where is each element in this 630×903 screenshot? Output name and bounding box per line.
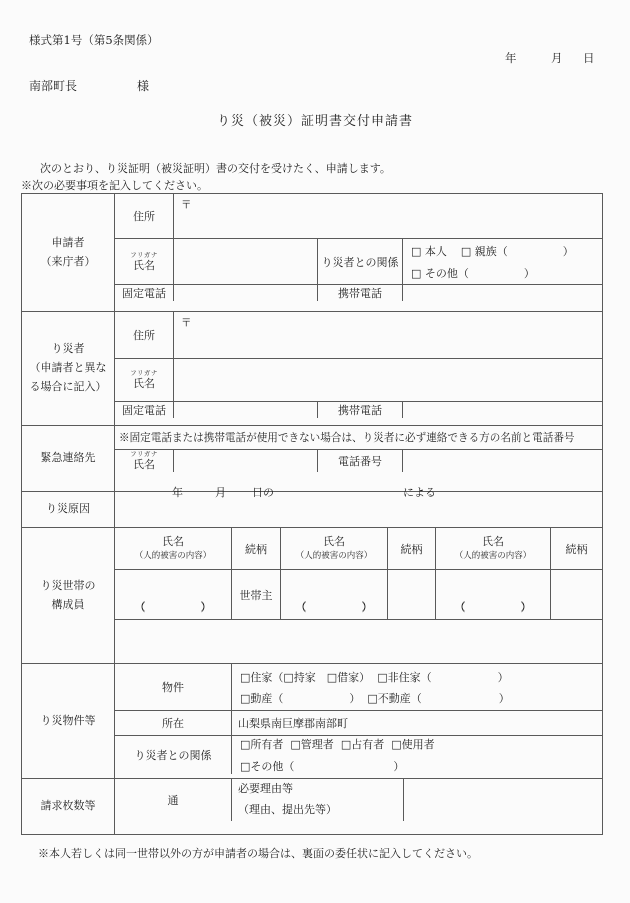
copies-unit-label: 通 bbox=[168, 792, 179, 808]
footer-note: ※本人若しくは同一世帯以外の方が申請者の場合は、裏面の委任状に記入してください。 bbox=[38, 845, 478, 861]
applicant-address-input-area[interactable]: 〒 bbox=[173, 194, 602, 238]
victim-address-input-area[interactable]: 〒 bbox=[173, 312, 602, 358]
checkbox-occupant[interactable]: □占有者 bbox=[341, 736, 384, 752]
property-row-label: り災物件等 bbox=[22, 664, 114, 778]
victim-mobile-input-area[interactable] bbox=[402, 402, 602, 418]
checkbox-owner[interactable]: □所有者 bbox=[240, 736, 283, 752]
furigana-label: フリガナ bbox=[130, 450, 158, 458]
page-title: り災（被災）証明書交付申請書 bbox=[0, 110, 630, 129]
name-header-text: 氏名 bbox=[162, 534, 184, 551]
property-location-input-area[interactable]: 山梨県南巨摩郡南部町 bbox=[231, 711, 602, 735]
cause-month-label: 月 bbox=[215, 484, 226, 500]
emergency-name-label: フリガナ 氏名 bbox=[115, 450, 173, 472]
householder-relation-cell: 世帯主 bbox=[231, 570, 280, 619]
household-name-header: 氏名 （人的被害の内容） bbox=[115, 528, 231, 569]
copies-section: 請求枚数等 通 必要理由等 （理由、提出先等） bbox=[22, 778, 602, 834]
checkbox-relation-other[interactable]: □ その他（ ） bbox=[411, 265, 535, 281]
emergency-phone-label: 電話番号 bbox=[317, 450, 402, 472]
name-label: 氏名 bbox=[133, 259, 155, 273]
emergency-phone-input-area[interactable] bbox=[402, 450, 602, 472]
household-members-section: り災世帯の 構成員 氏名 （人的被害の内容） 続柄 氏名 （人的被害の内容） 続… bbox=[22, 527, 602, 663]
property-relation-options: □所有者 □管理者 □占有者 □使用者 □その他（ ） bbox=[231, 736, 602, 774]
date-day-label[interactable]: 日 bbox=[583, 50, 595, 66]
applicant-name-input-area[interactable] bbox=[173, 239, 317, 284]
postal-mark-icon: 〒 bbox=[181, 197, 192, 212]
copies-row-label: 請求枚数等 bbox=[22, 779, 114, 834]
copies-count-input-area[interactable]: 通 bbox=[115, 779, 231, 821]
application-form-page: 様式第1号（第5条関係） 年 月 日 南部町長様 り災（被災）証明書交付申請書 … bbox=[0, 0, 630, 903]
victim-landline-label: 固定電話 bbox=[115, 402, 173, 418]
honorific: 様 bbox=[137, 79, 149, 93]
addressee-line: 南部町長様 bbox=[29, 77, 149, 94]
addressee: 南部町長 bbox=[29, 79, 77, 93]
reason-label-line1: 必要理由等 bbox=[238, 779, 293, 800]
applicant-section: 申請者 （来庁者） 住所 〒 フリガナ 氏名 り災 bbox=[22, 194, 602, 311]
furigana-label: フリガナ bbox=[130, 369, 158, 377]
checkbox-relation-self[interactable]: □ 本人 bbox=[411, 243, 447, 259]
fill-instruction: ※次の必要事項を記入してください。 bbox=[21, 177, 208, 193]
victim-landline-input-area[interactable] bbox=[173, 402, 317, 418]
applicant-mobile-label: 携帯電話 bbox=[317, 285, 402, 301]
victim-name-label: フリガナ 氏名 bbox=[115, 359, 173, 401]
damaged-property-section: り災物件等 物件 □住家（□持家 □借家） □非住家（ ） □動産（ ） bbox=[22, 663, 602, 778]
checkbox-user[interactable]: □使用者 bbox=[391, 736, 434, 752]
cause-by-label: による bbox=[403, 484, 436, 500]
name-header-sub-text: （人的被害の内容） bbox=[455, 550, 532, 563]
household-name-header: 氏名 （人的被害の内容） bbox=[280, 528, 387, 569]
emergency-contact-section: 緊急連絡先 ※固定電話または携帯電話が使用できない場合は、り災者に必ず連絡できる… bbox=[22, 425, 602, 491]
emergency-row-label: 緊急連絡先 bbox=[22, 426, 114, 491]
checkbox-relation-relative[interactable]: □ 親族（ ） bbox=[461, 243, 574, 259]
property-object-options: □住家（□持家 □借家） □非住家（ ） □動産（ ） □不動産（ ） bbox=[231, 664, 602, 710]
cause-year-label: 年 bbox=[172, 484, 183, 500]
injury-parens: （ ） bbox=[281, 599, 387, 615]
application-form-table: 申請者 （来庁者） 住所 〒 フリガナ 氏名 り災 bbox=[21, 193, 603, 835]
applicant-name-label: フリガナ 氏名 bbox=[115, 239, 173, 284]
date-year-label[interactable]: 年 bbox=[505, 50, 517, 66]
applicant-mobile-input-area[interactable] bbox=[402, 285, 602, 301]
copies-reason-input-area[interactable] bbox=[403, 779, 602, 821]
name-header-sub-text: （人的被害の内容） bbox=[135, 550, 212, 563]
disaster-cause-section: り災原因 年 月 日の による bbox=[22, 491, 602, 527]
household-row-label: り災世帯の 構成員 bbox=[22, 528, 114, 663]
victim-mobile-label: 携帯電話 bbox=[317, 402, 402, 418]
victim-name-input-area[interactable] bbox=[173, 359, 602, 401]
victim-section: り災者 （申請者と異な る場合に記入） 住所 〒 フリガナ 氏名 bbox=[22, 311, 602, 425]
emergency-note: ※固定電話または携帯電話が使用できない場合は、り災者に必ず連絡できる方の名前と電… bbox=[115, 426, 602, 449]
checkbox-non-dwelling[interactable]: □非住家（ ） bbox=[377, 669, 508, 685]
household-relation-header: 続柄 bbox=[231, 528, 280, 569]
name-header-text: 氏名 bbox=[323, 534, 345, 551]
property-location-label: 所在 bbox=[115, 711, 231, 735]
injury-parens: （ ） bbox=[115, 599, 231, 615]
household-name-header: 氏名 （人的被害の内容） bbox=[435, 528, 550, 569]
property-location-value: 山梨県南巨摩郡南部町 bbox=[238, 715, 348, 731]
name-label: 氏名 bbox=[133, 458, 155, 472]
injury-parens: （ ） bbox=[436, 599, 550, 615]
applicant-address-label: 住所 bbox=[115, 194, 173, 238]
checkbox-property-relation-other[interactable]: □その他（ ） bbox=[240, 758, 404, 774]
cause-row-label: り災原因 bbox=[22, 492, 114, 527]
cause-day-label: 日の bbox=[252, 484, 274, 500]
applicant-relation-options: □ 本人 □ 親族（ ） □ その他（ ） bbox=[402, 239, 602, 284]
checkbox-manager[interactable]: □管理者 bbox=[290, 736, 333, 752]
intro-text: 次のとおり、り災証明（被災証明）書の交付を受けたく、申請します。 bbox=[29, 160, 391, 176]
reason-label-line2: （理由、提出先等） bbox=[238, 800, 337, 821]
name-header-text: 氏名 bbox=[482, 534, 504, 551]
emergency-name-input-area[interactable] bbox=[173, 450, 317, 472]
furigana-label: フリガナ bbox=[130, 251, 158, 259]
victim-row-label: り災者 （申請者と異な る場合に記入） bbox=[22, 312, 114, 425]
household-member-relation-input[interactable] bbox=[387, 570, 435, 619]
copies-reason-label: 必要理由等 （理由、提出先等） bbox=[231, 779, 403, 821]
applicant-landline-input-area[interactable] bbox=[173, 285, 317, 301]
household-relation-header: 続柄 bbox=[550, 528, 602, 569]
victim-address-label: 住所 bbox=[115, 312, 173, 358]
date-month-label[interactable]: 月 bbox=[551, 50, 563, 66]
form-number: 様式第1号（第5条関係） bbox=[29, 32, 159, 48]
household-member-relation-input[interactable] bbox=[550, 570, 602, 619]
postal-mark-icon: 〒 bbox=[181, 315, 192, 330]
name-header-sub-text: （人的被害の内容） bbox=[296, 550, 373, 563]
property-object-label: 物件 bbox=[115, 664, 231, 710]
checkbox-dwelling-group[interactable]: □住家（□持家 □借家） bbox=[240, 669, 370, 685]
applicant-landline-label: 固定電話 bbox=[115, 285, 173, 301]
checkbox-movable-property[interactable]: □動産（ ） bbox=[240, 690, 360, 706]
property-relation-label: り災者との関係 bbox=[115, 736, 231, 774]
applicant-row-label: 申請者 （来庁者） bbox=[22, 194, 114, 311]
applicant-relation-label: り災者との関係 bbox=[317, 239, 402, 284]
name-label: 氏名 bbox=[133, 377, 155, 391]
household-relation-header: 続柄 bbox=[387, 528, 435, 569]
checkbox-real-estate[interactable]: □不動産（ ） bbox=[367, 690, 509, 706]
